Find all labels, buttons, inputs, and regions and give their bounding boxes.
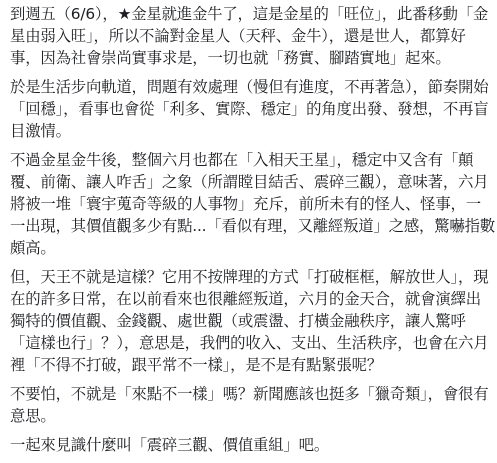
text-line: 「這樣也行」？），意思是，我們的收入、支出、生活秩序，也會在六月: [10, 332, 492, 354]
text-line: 到週五（6/6），★金星就進金牛了，這是金星的「旺位」，此番移動「金: [10, 3, 492, 25]
text-line: 將被一堆「寰宇蒐奇等級的人事物」充斥，前所未有的怪人、怪事，一: [10, 193, 492, 215]
post-body: 到週五（6/6），★金星就進金牛了，這是金星的「旺位」，此番移動「金 星由弱入旺…: [10, 3, 492, 417]
paragraph-life-stabilizes: 於是生活步向軌道，問題有效處理（慢但有進度，不再著急），節奏開始 「回穩」，看事…: [10, 76, 492, 142]
paragraph-breaking-norms: 但，天王不就是這樣？它用不按牌理的方式「打破框框，解放世人」，現 在的許多日常，…: [10, 266, 492, 376]
text-line: 裡「不得不打破，跟平常不一樣」，是不是有點緊張呢？: [10, 354, 492, 376]
text-line: 覆、前衛、讓人咋舌」之象（所謂瞠目結舌、震碎三觀），意味著，六月: [10, 171, 492, 193]
text-line: 頗高。: [10, 237, 492, 259]
text-line: 在的許多日常，在以前看來也很離經叛道，六月的金天合，就會演繹出: [10, 288, 492, 310]
text-line: 意思。: [10, 405, 492, 417]
text-line: 一出現，其價值觀多少有點...「看似有理，又離經叛道」之感，驚嚇指數: [10, 215, 492, 237]
text-line: 獨特的價值觀、金錢觀、處世觀（或震盪、打橫金融秩序，讓人驚呼: [10, 310, 492, 332]
paragraph-venus-taurus: 到週五（6/6），★金星就進金牛了，這是金星的「旺位」，此番移動「金 星由弱入旺…: [10, 3, 492, 69]
text-line: 不過金星金牛後，整個六月也都在「入相天王星」，穩定中又含有「顛: [10, 149, 492, 171]
paragraph-uranus-aspect: 不過金星金牛後，整個六月也都在「入相天王星」，穩定中又含有「顛 覆、前衛、讓人咋…: [10, 149, 492, 259]
text-line: 星由弱入旺」，所以不論對金星人（天秤、金牛），還是世人，都算好: [10, 25, 492, 47]
text-line: 目激情。: [10, 120, 492, 142]
text-line: 「回穩」，看事也會從「利多、實際、穩定」的角度出發、發想，不再盲: [10, 98, 492, 120]
text-line: 不要怕，不就是「來點不一樣」嗎？新聞應該也挺多「獵奇類」，會很有: [10, 383, 492, 405]
paragraph-dont-fear: 不要怕，不就是「來點不一樣」嗎？新聞應該也挺多「獵奇類」，會很有 意思。: [10, 383, 492, 417]
text-line: 但，天王不就是這樣？它用不按牌理的方式「打破框框，解放世人」，現: [10, 266, 492, 288]
text-line: 事，因為社會崇尚實事求是，一切也就「務實、腳踏實地」起來。: [10, 47, 492, 69]
text-line: 於是生活步向軌道，問題有效處理（慢但有進度，不再著急），節奏開始: [10, 76, 492, 98]
